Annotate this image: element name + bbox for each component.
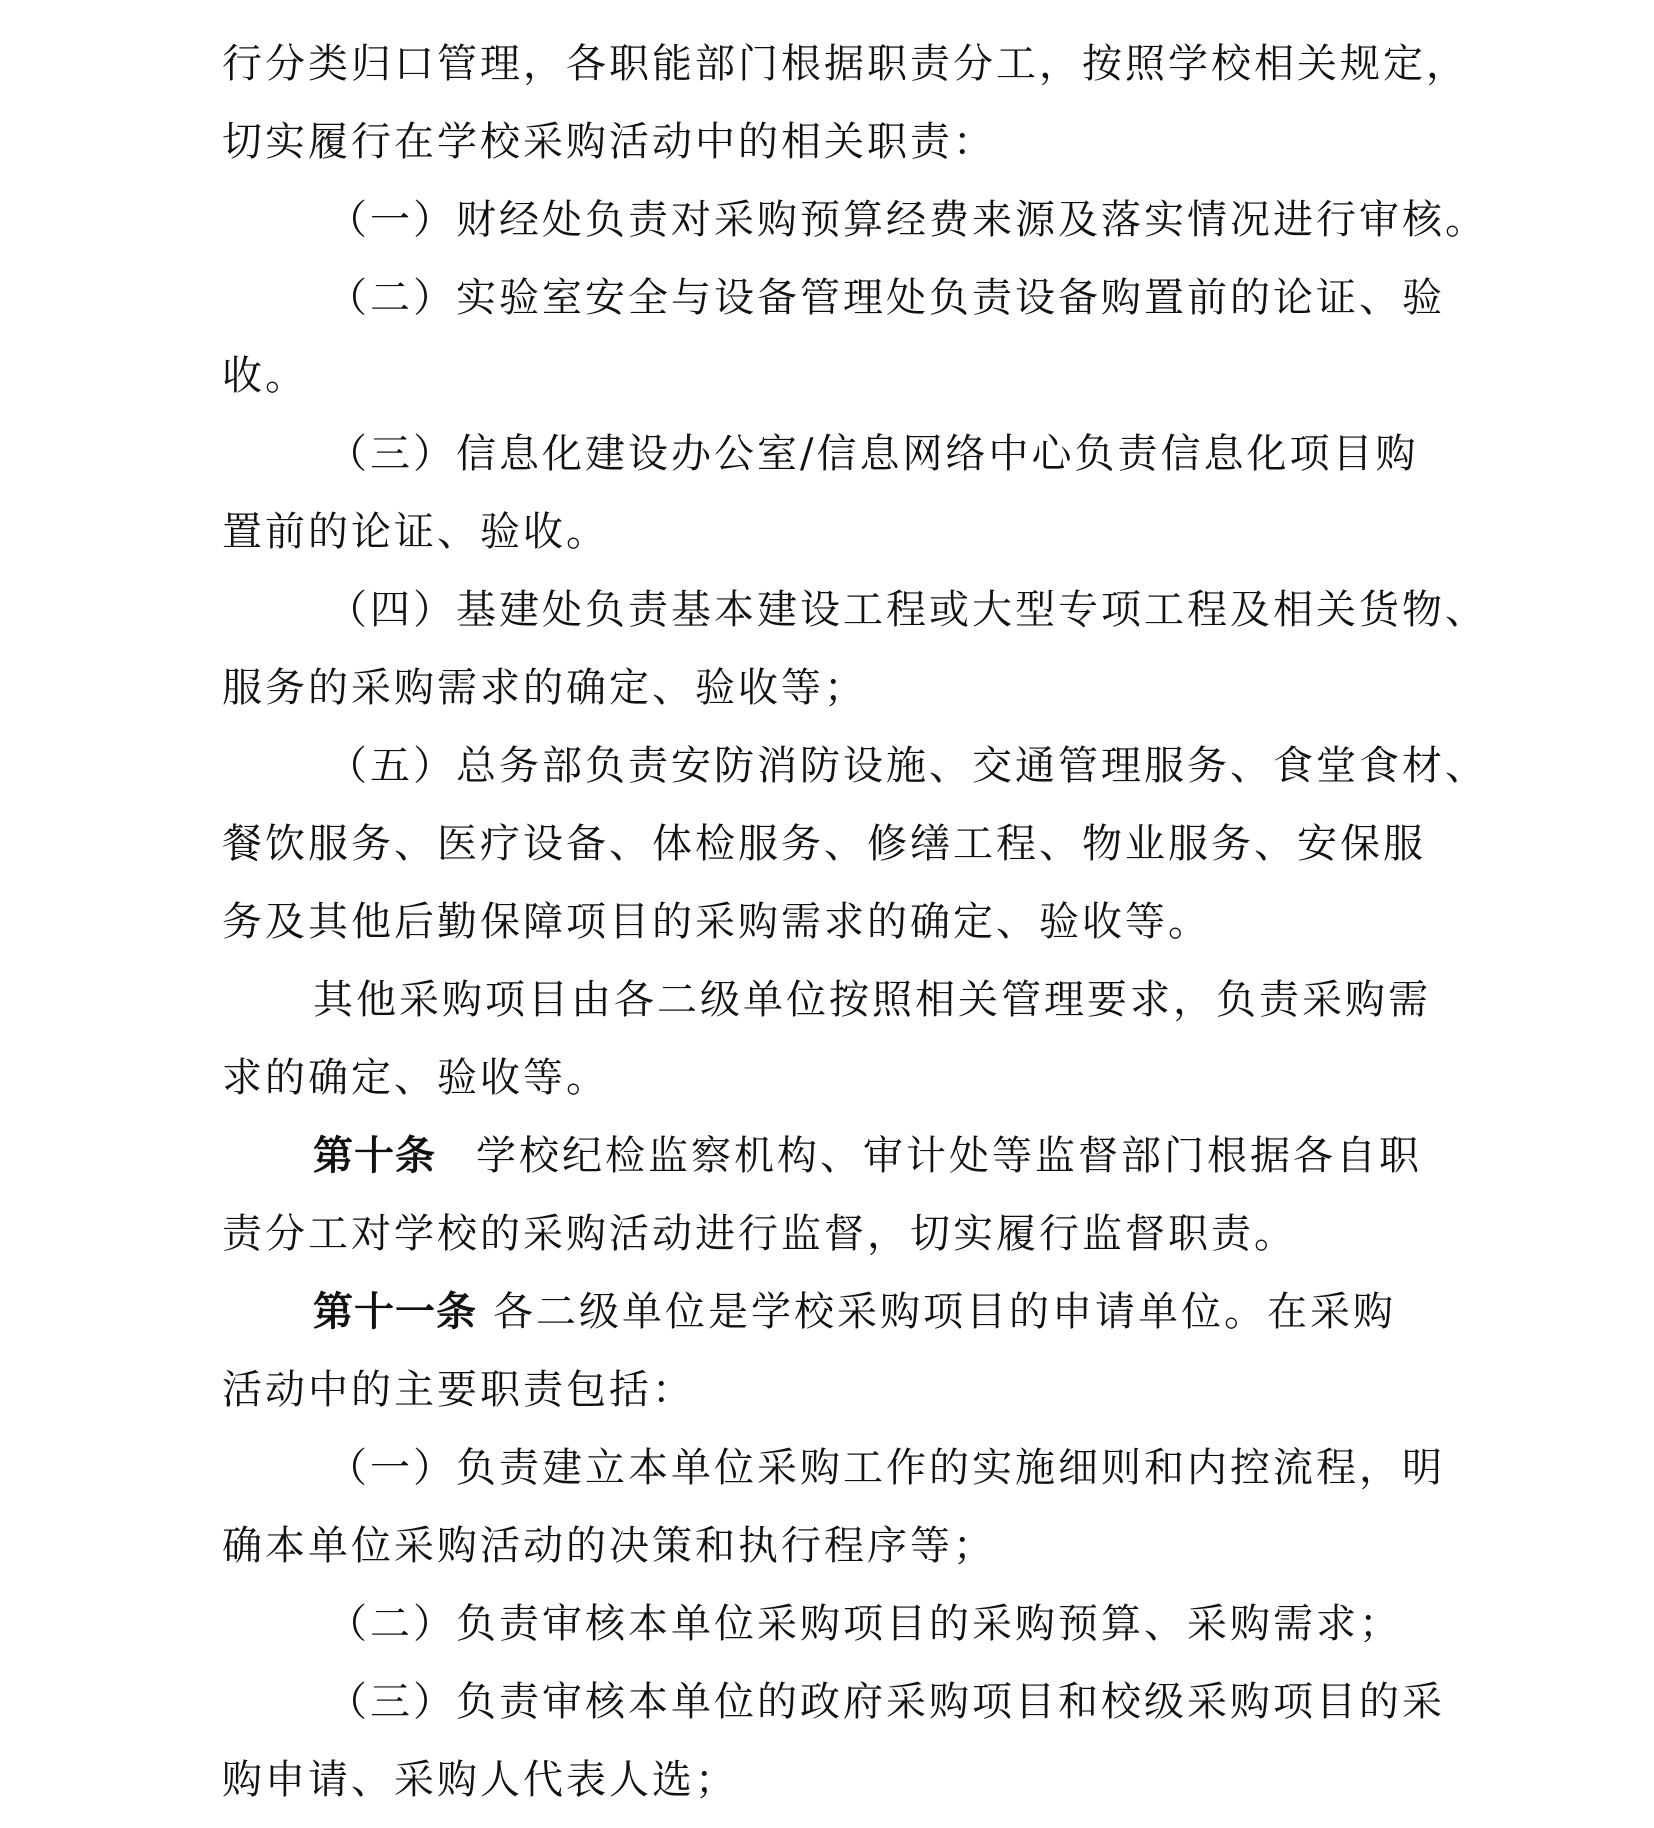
text-line: （一）负责建立本单位采购工作的实施细则和内控流程，明 bbox=[327, 1438, 1445, 1498]
text-line: （四）基建处负责基本建设工程或大型专项工程及相关货物、 bbox=[327, 580, 1488, 640]
article-10-heading: 第十条 bbox=[313, 1133, 436, 1179]
article-11-paragraph: 第十一条各二级单位是学校采购项目的申请单位。在采购 bbox=[313, 1282, 1396, 1342]
article-11-text: 各二级单位是学校采购项目的申请单位。在采购 bbox=[493, 1289, 1396, 1335]
text-line: （二）实验室安全与设备管理处负责设备购置前的论证、验 bbox=[327, 268, 1445, 328]
text-line: （三）负责审核本单位的政府采购项目和校级采购项目的采 bbox=[327, 1672, 1445, 1732]
text-line: 求的确定、验收等。 bbox=[222, 1048, 609, 1108]
article-11-heading: 第十一条 bbox=[313, 1289, 477, 1335]
text-line: 切实履行在学校采购活动中的相关职责： bbox=[222, 112, 996, 172]
text-line: 行分类归口管理，各职能部门根据职责分工，按照学校相关规定， bbox=[222, 34, 1469, 94]
article-10-text: 学校纪检监察机构、审计处等监督部门根据各自职 bbox=[476, 1133, 1422, 1179]
text-line: 服务的采购需求的确定、验收等； bbox=[222, 658, 867, 718]
text-line: 责分工对学校的采购活动进行监督，切实履行监督职责。 bbox=[222, 1204, 1297, 1264]
text-line: 餐饮服务、医疗设备、体检服务、修缮工程、物业服务、安保服 bbox=[222, 814, 1426, 874]
text-line: 确本单位采购活动的决策和执行程序等； bbox=[222, 1516, 996, 1576]
text-line: 购申请、采购人代表人选； bbox=[222, 1750, 738, 1810]
text-line: （一）财经处负责对采购预算经费来源及落实情况进行审核。 bbox=[327, 190, 1488, 250]
text-line: （二）负责审核本单位采购项目的采购预算、采购需求； bbox=[327, 1594, 1402, 1654]
document-page: 行分类归口管理，各职能部门根据职责分工，按照学校相关规定， 切实履行在学校采购活… bbox=[0, 0, 1654, 1828]
text-line: （五）总务部负责安防消防设施、交通管理服务、食堂食材、 bbox=[327, 736, 1488, 796]
text-line: 收。 bbox=[222, 346, 308, 406]
text-line: 务及其他后勤保障项目的采购需求的确定、验收等。 bbox=[222, 892, 1211, 952]
text-line: 活动中的主要职责包括： bbox=[222, 1360, 695, 1420]
text-line: 其他采购项目由各二级单位按照相关管理要求，负责采购需 bbox=[313, 970, 1431, 1030]
text-line: （三）信息化建设办公室/信息网络中心负责信息化项目购 bbox=[327, 424, 1418, 484]
text-line: 置前的论证、验收。 bbox=[222, 502, 609, 562]
article-10-paragraph: 第十条学校纪检监察机构、审计处等监督部门根据各自职 bbox=[313, 1126, 1422, 1186]
